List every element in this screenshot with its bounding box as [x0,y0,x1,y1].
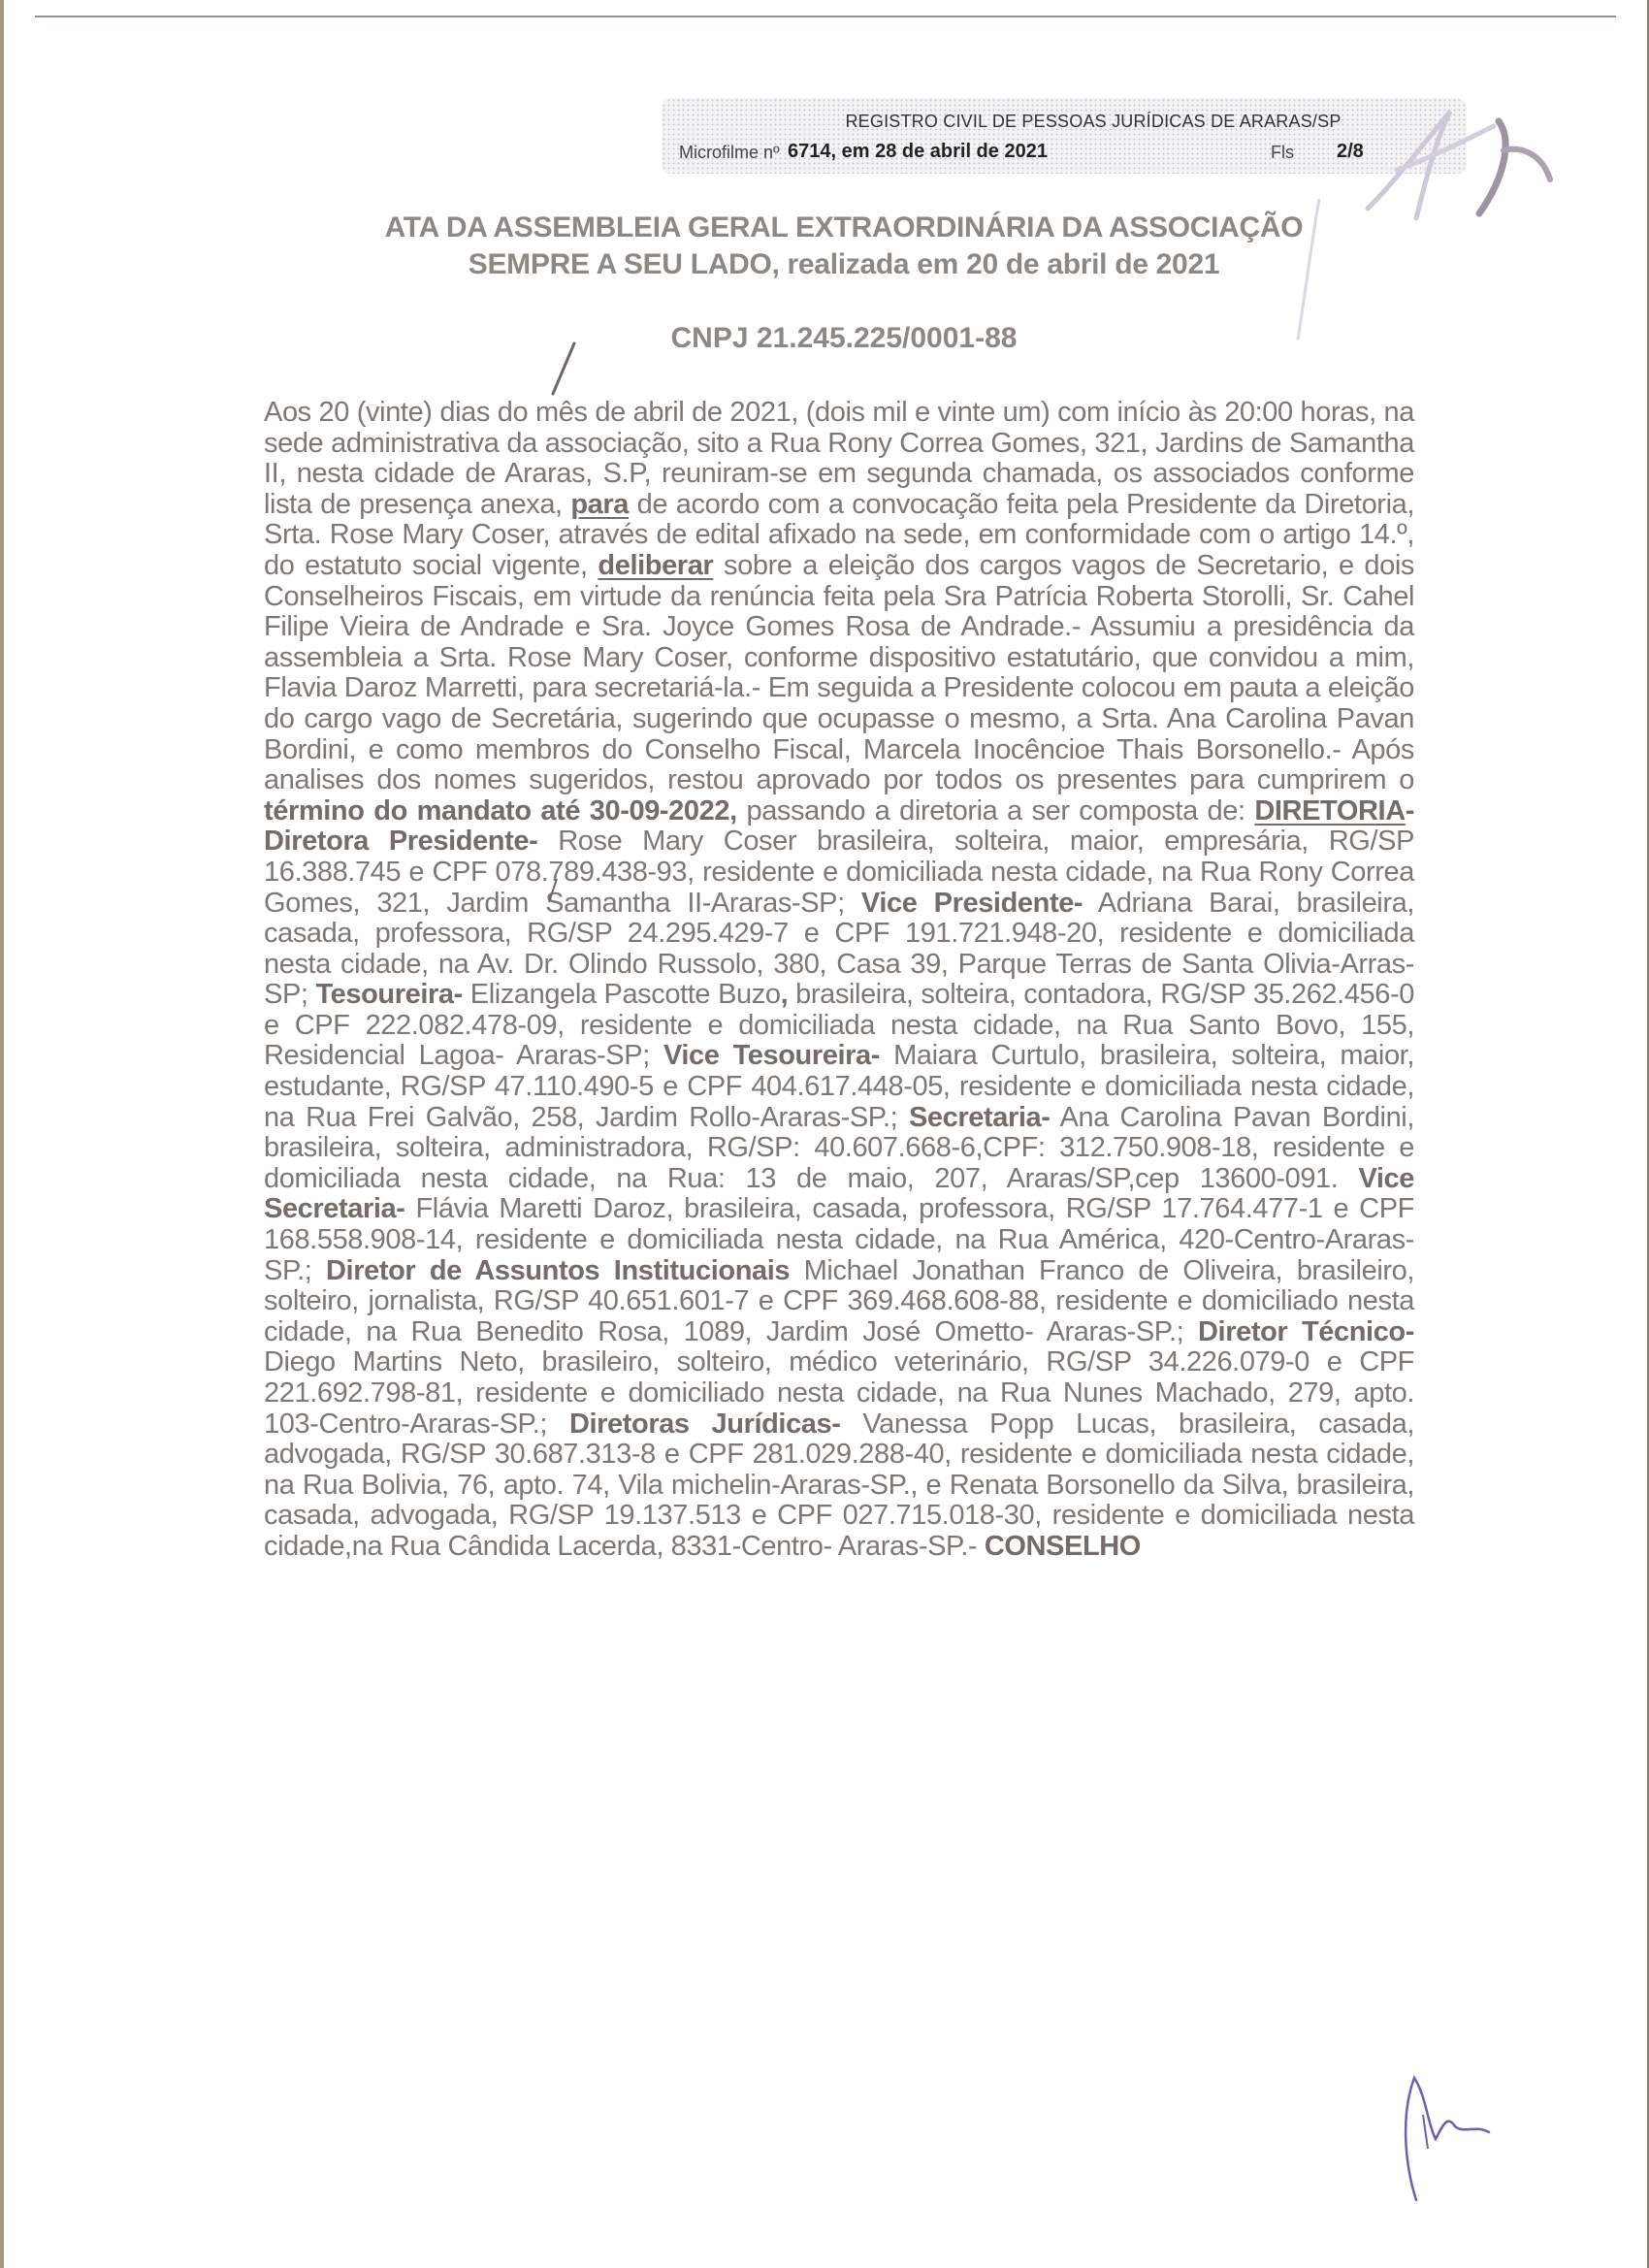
section-conselho: CONSELHO [985,1531,1141,1562]
role-vice-tesoureira: Vice Tesoureira- [663,1040,880,1071]
signature-initials-icon [1397,2066,1503,2212]
keyword-para: para [570,489,629,520]
document-title-line1: ATA DA ASSEMBLEIA GERAL EXTRAORDINÁRIA D… [291,210,1397,246]
scan-edge-left [0,0,4,2268]
role-vice-presidente: Vice Presidente- [861,888,1083,919]
document-title-line2: SEMPRE A SEU LADO, realizada em 20 de ab… [291,246,1397,283]
role-tesoureira: Tesoureira- [315,979,462,1010]
microfilm-value: 6714, em 28 de abril de 2021 [788,141,1048,163]
sheet-label: Fls [1271,143,1294,163]
role-diretor-assuntos-institucionais: Diretor de Assuntos Institucionais [326,1255,790,1286]
minutes-body: Aos 20 (vinte) dias do mês de abril de 2… [264,398,1414,1563]
pen-tick-icon [543,340,582,398]
pen-tick-icon [543,877,563,906]
keyword-deliberar: deliberar [598,550,713,581]
registry-name: REGISTRO CIVIL DE PESSOAS JURÍDICAS DE A… [662,112,1467,132]
margin-stroke-icon [1290,194,1329,349]
body-text: passando a diretoria a ser composta de: [737,795,1255,826]
role-diretor-tecnico: Diretor Técnico- [1198,1316,1414,1347]
body-text: Elizangela Pascotte Buzo [463,979,781,1010]
section-diretoria: DIRETORIA [1254,795,1405,826]
top-rule [35,16,1616,17]
role-diretoras-juridicas: Diretoras Jurídicas- [569,1409,841,1440]
microfilm-row: Microfilme nº 6714, em 28 de abril de 20… [662,143,1467,166]
microfilm-label: Microfilme nº [679,143,780,163]
cnpj-number: CNPJ 21.245.225/0001-88 [291,322,1397,355]
registry-stamp: REGISTRO CIVIL DE PESSOAS JURÍDICAS DE A… [662,98,1467,174]
body-text: sobre a eleição dos cargos vagos de Secr… [264,550,1414,795]
keyword-termino-mandato: término do mandato até 30-09-2022, [264,795,737,826]
role-secretaria: Secretaria- [909,1102,1051,1133]
